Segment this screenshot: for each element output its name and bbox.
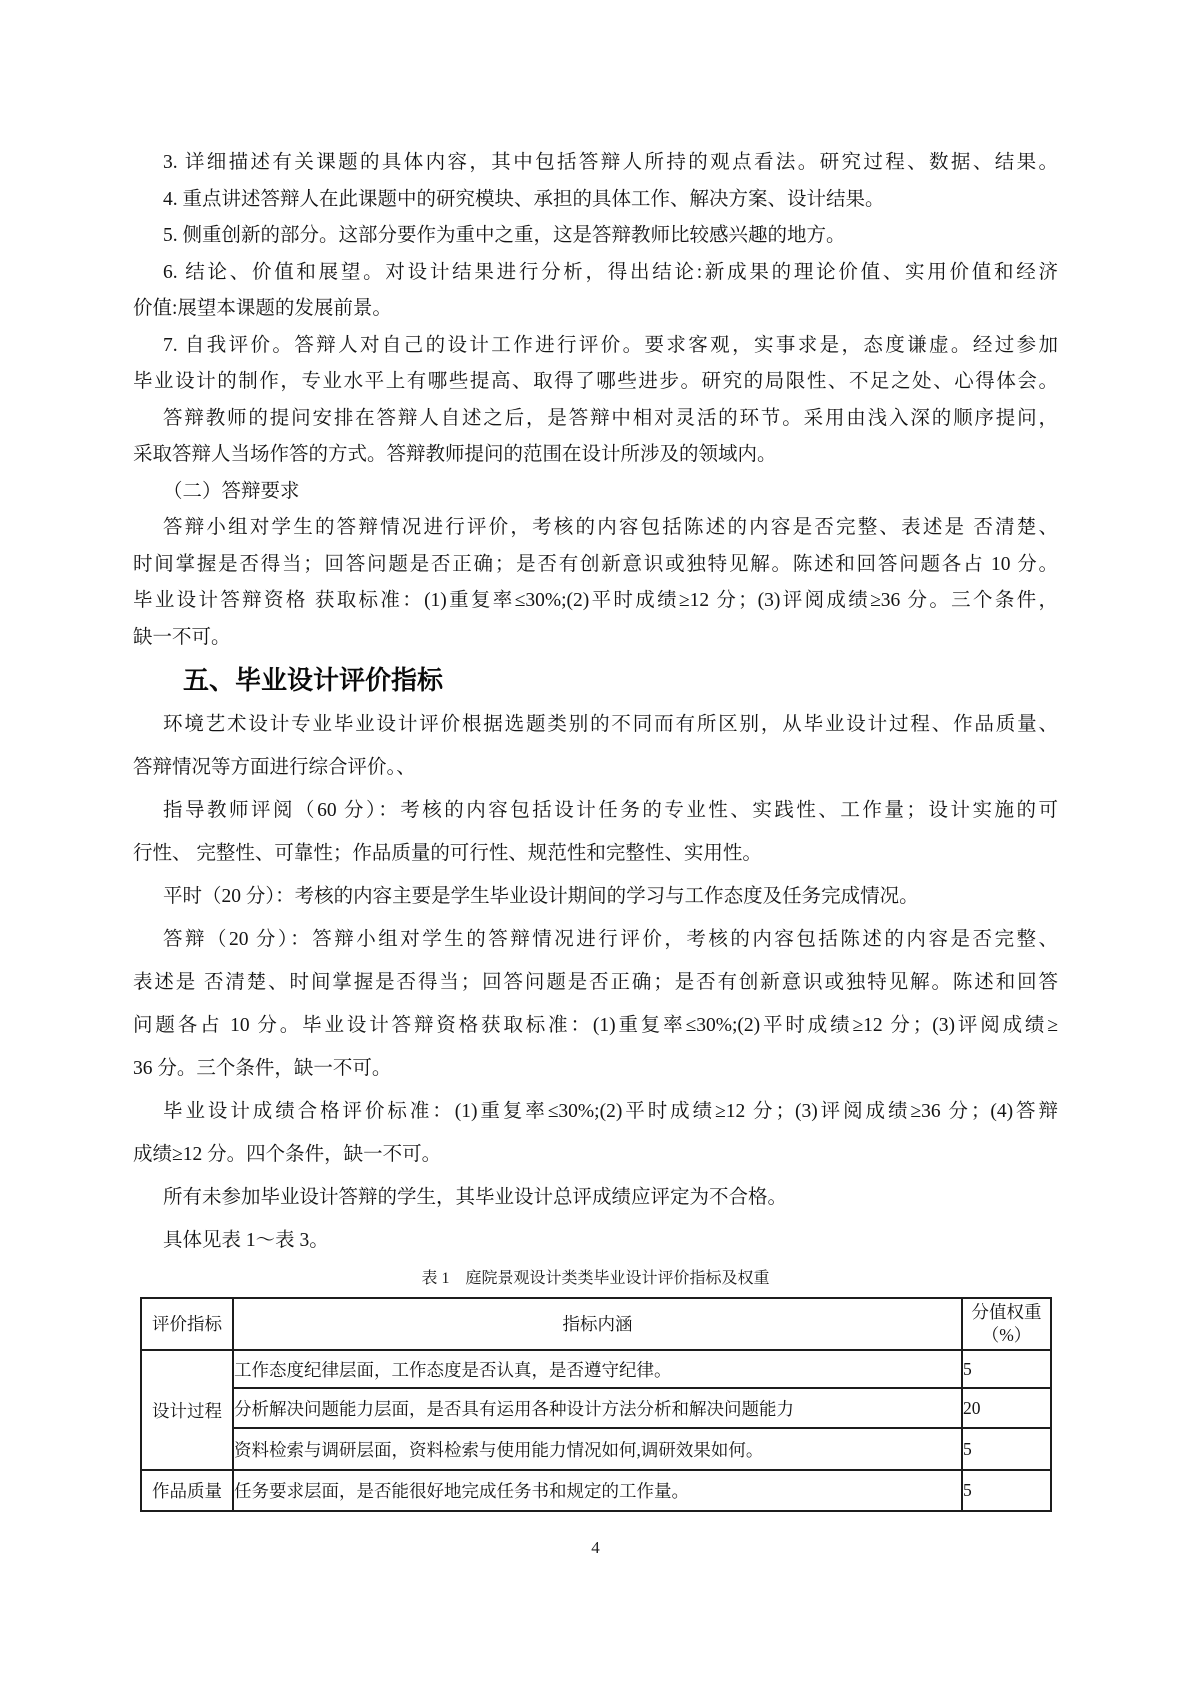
table-row: 设计过程工作态度纪律层面，工作态度是否认真，是否遵守纪律。5 <box>141 1350 1051 1388</box>
indicator-cell: 分析解决问题能力层面，是否具有运用各种设计方法分析和解决问题能力 <box>233 1388 962 1428</box>
document-page: 3. 详细描述有关课题的具体内容，其中包括答辩人所持的观点看法。研究过程、数据、… <box>0 0 1191 1684</box>
text-line: 所有未参加毕业设计答辩的学生，其毕业设计总评成绩应评定为不合格。 <box>133 1176 1058 1219</box>
category-cell: 设计过程 <box>141 1350 233 1470</box>
table-row: 资料检索与调研层面，资料检索与使用能力情况如何,调研效果如何。5 <box>141 1428 1051 1470</box>
category-cell: 作品质量 <box>141 1470 233 1511</box>
text-line: 答辩（20 分）：答辩小组对学生的答辩情况进行评价，考核的内容包括陈述的内容是否… <box>133 918 1058 961</box>
text-line: 毕业设计答辩资格 获取标准：(1)重复率≤30%;(2)平时成绩≥12 分；(3… <box>133 583 1058 620</box>
text-line: 36 分。三个条件，缺一不可。 <box>133 1047 1058 1090</box>
text-line: 6. 结论、价值和展望。对设计结果进行分析，得出结论:新成果的理论价值、实用价值… <box>133 255 1058 292</box>
section-heading: 五、毕业设计评价指标 <box>133 660 1058 700</box>
text-line: 7. 自我评价。答辩人对自己的设计工作进行评价。要求客观，实事求是，态度谦虚。经… <box>133 328 1058 365</box>
weight-cell: 5 <box>962 1350 1051 1388</box>
text-line: 缺一不可。 <box>133 620 1058 657</box>
text-line: 采取答辩人当场作答的方式。答辩教师提问的范围在设计所涉及的领域内。 <box>133 437 1058 474</box>
paragraph-block-2: 环境艺术设计专业毕业设计评价根据选题类别的不同而有所区别，从毕业设计过程、作品质… <box>133 703 1058 1262</box>
eval-table-body: 设计过程工作态度纪律层面，工作态度是否认真，是否遵守纪律。5分析解决问题能力层面… <box>141 1350 1051 1511</box>
text-line: 答辩教师的提问安排在答辩人自述之后，是答辩中相对灵活的环节。采用由浅入深的顺序提… <box>133 401 1058 438</box>
text-line: 指导教师评阅（60 分）：考核的内容包括设计任务的专业性、实践性、工作量；设计实… <box>133 789 1058 832</box>
text-line: 问题各占 10 分。毕业设计答辩资格获取标准：(1)重复率≤30%;(2)平时成… <box>133 1004 1058 1047</box>
text-line: 价值:展望本课题的发展前景。 <box>133 291 1058 328</box>
text-line: 具体见表 1～表 3。 <box>133 1219 1058 1262</box>
text-line: 行性、 完整性、可靠性；作品质量的可行性、规范性和完整性、实用性。 <box>133 832 1058 875</box>
table-header-cell: 分值权重 （%） <box>962 1298 1051 1350</box>
eval-table-head: 评价指标指标内涵分值权重 （%） <box>141 1298 1051 1350</box>
paragraph-block-1: 3. 详细描述有关课题的具体内容，其中包括答辩人所持的观点看法。研究过程、数据、… <box>133 145 1058 656</box>
table-header-cell: 评价指标 <box>141 1298 233 1350</box>
text-line: 5. 侧重创新的部分。这部分要作为重中之重，这是答辩教师比较感兴趣的地方。 <box>133 218 1058 255</box>
text-line: 时间掌握是否得当；回答问题是否正确；是否有创新意识或独特见解。陈述和回答问题各占… <box>133 547 1058 584</box>
text-line: 环境艺术设计专业毕业设计评价根据选题类别的不同而有所区别，从毕业设计过程、作品质… <box>133 703 1058 746</box>
text-line: 答辩小组对学生的答辩情况进行评价，考核的内容包括陈述的内容是否完整、表述是 否清… <box>133 510 1058 547</box>
text-line: 3. 详细描述有关课题的具体内容，其中包括答辩人所持的观点看法。研究过程、数据、… <box>133 145 1058 182</box>
table-row: 作品质量任务要求层面，是否能很好地完成任务书和规定的工作量。5 <box>141 1470 1051 1511</box>
page-number: 4 <box>133 1538 1058 1558</box>
page-content: 3. 详细描述有关课题的具体内容，其中包括答辩人所持的观点看法。研究过程、数据、… <box>133 0 1058 1558</box>
text-line: （二）答辩要求 <box>133 474 1058 511</box>
weight-cell: 5 <box>962 1470 1051 1511</box>
text-line: 毕业设计的制作，专业水平上有哪些提高、取得了哪些进步。研究的局限性、不足之处、心… <box>133 364 1058 401</box>
table-row: 分析解决问题能力层面，是否具有运用各种设计方法分析和解决问题能力20 <box>141 1388 1051 1428</box>
indicator-cell: 工作态度纪律层面，工作态度是否认真，是否遵守纪律。 <box>233 1350 962 1388</box>
text-line: 平时（20 分）：考核的内容主要是学生毕业设计期间的学习与工作态度及任务完成情况… <box>133 875 1058 918</box>
text-line: 毕业设计成绩合格评价标准：(1)重复率≤30%;(2)平时成绩≥12 分；(3)… <box>133 1090 1058 1133</box>
weight-cell: 5 <box>962 1428 1051 1470</box>
eval-table: 评价指标指标内涵分值权重 （%） 设计过程工作态度纪律层面，工作态度是否认真，是… <box>140 1297 1052 1512</box>
text-line: 答辩情况等方面进行综合评价。、 <box>133 746 1058 789</box>
table-caption: 表 1 庭院景观设计类类毕业设计评价指标及权重 <box>133 1268 1058 1290</box>
text-line: 成绩≥12 分。四个条件，缺一不可。 <box>133 1133 1058 1176</box>
indicator-cell: 任务要求层面，是否能很好地完成任务书和规定的工作量。 <box>233 1470 962 1511</box>
table-header-row: 评价指标指标内涵分值权重 （%） <box>141 1298 1051 1350</box>
indicator-cell: 资料检索与调研层面，资料检索与使用能力情况如何,调研效果如何。 <box>233 1428 962 1470</box>
table-header-cell: 指标内涵 <box>233 1298 962 1350</box>
text-line: 表述是 否清楚、时间掌握是否得当；回答问题是否正确；是否有创新意识或独特见解。陈… <box>133 961 1058 1004</box>
text-line: 4. 重点讲述答辩人在此课题中的研究模块、承担的具体工作、解决方案、设计结果。 <box>133 182 1058 219</box>
weight-cell: 20 <box>962 1388 1051 1428</box>
